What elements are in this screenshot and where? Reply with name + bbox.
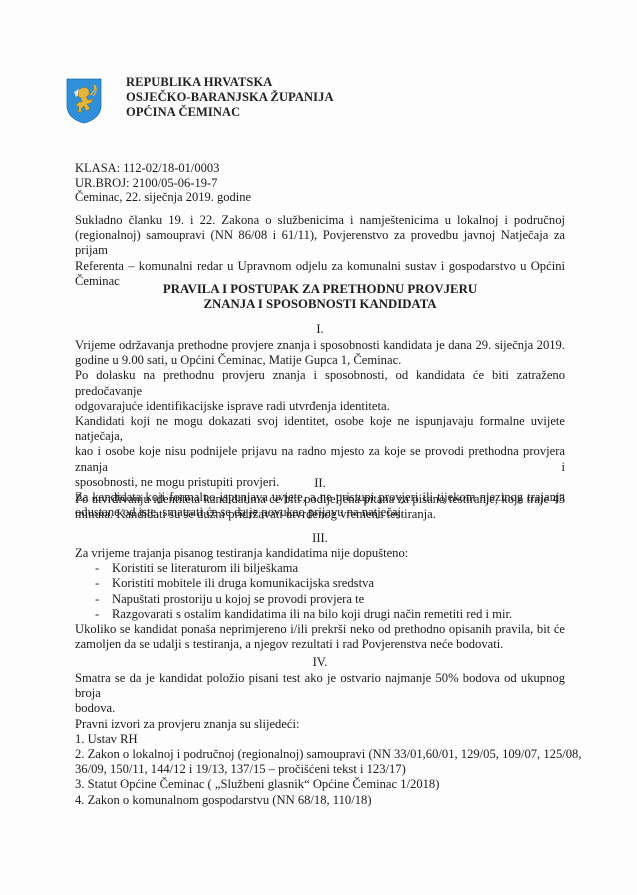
text-line: Pravni izvori za provjeru znanja su slij… [75,717,565,732]
bullet-dash-icon: - [95,607,99,622]
document-reference: KLASA: 112-02/18-01/0003 UR.BROJ: 2100/0… [75,161,251,205]
legal-source-item: 3. Statut Općine Čeminac ( „Službeni gla… [75,777,565,792]
coat-of-arms-icon [66,78,102,124]
section-4-body: Smatra se da je kandidat položio pisani … [75,671,565,808]
section-3-body: Za vrijeme trajanja pisanog testiranja k… [75,546,565,652]
list-item: -Razgovarati s ostalim kandidatima ili n… [75,607,565,622]
klasa: KLASA: 112-02/18-01/0003 [75,161,251,176]
section-numeral: II. [75,476,565,491]
issuer-county: OSJEČKO-BARANJSKA ŽUPANIJA [126,90,334,105]
text-line: zamoljen da se udalji s testiranja, a nj… [75,637,565,652]
legal-source-item: 2. Zakon o lokalnoj i područnoj (regiona… [75,747,565,762]
text-line: godine u 9.00 sati, u Općini Čeminac, Ma… [75,353,565,368]
document-page: REPUBLIKA HRVATSKA OSJEČKO-BARANJSKA ŽUP… [0,0,637,895]
text-line: odgovarajuće identifikacijske isprave ra… [75,399,565,414]
text-line: Kandidati koji ne mogu dokazati svoj ide… [75,414,565,444]
text-line: (regionalnoj) samoupravi (NN 86/08 i 61/… [75,228,565,258]
title-line: ZNANJA I SPOSOBNOSTI KANDIDATA [75,297,565,312]
text-line: Smatra se da je kandidat položio pisani … [75,671,565,701]
section-2-body: Po utvrđivanju identiteta kandidatima će… [75,492,565,522]
issuer-country: REPUBLIKA HRVATSKA [126,75,334,90]
section-numeral: IV. [75,655,565,670]
list-item: -Napuštati prostoriju u kojoj se provodi… [75,592,565,607]
title-line: PRAVILA I POSTUPAK ZA PRETHODNU PROVJERU [75,282,565,297]
document-title: PRAVILA I POSTUPAK ZA PRETHODNU PROVJERU… [75,282,565,312]
text-line: bodova. [75,701,565,716]
issuer-municipality: OPĆINA ČEMINAC [126,105,334,120]
legal-source-item: 1. Ustav RH [75,732,565,747]
bullet-dash-icon: - [95,561,99,576]
section-numeral: III. [75,531,565,546]
text-line: Referenta – komunalni redar u Upravnom o… [75,259,565,274]
text-line: Po utvrđivanju identiteta kandidatima će… [75,492,565,507]
intro-paragraph: Sukladno članku 19. i 22. Zakona o služb… [75,213,565,289]
place-date: Čeminac, 22. siječnja 2019. godine [75,190,251,205]
text-line: kao i osobe koje nisu podnijele prijavu … [75,444,565,474]
list-item: -Koristiti se literaturom ili bilješkama [75,561,565,576]
prohibited-list: -Koristiti se literaturom ili bilješkama… [75,561,565,622]
text-line: Ukoliko se kandidat ponaša neprimjereno … [75,622,565,637]
text-line: Sukladno članku 19. i 22. Zakona o služb… [75,213,565,228]
text-line: 36/09, 150/11, 144/12 i 19/13, 137/15 – … [75,762,565,777]
text-line: minuta. Kandidati su se dužni pridržavat… [75,507,565,522]
section-numeral: I. [75,322,565,337]
list-item: -Koristiti mobitele ili druga komunikaci… [75,576,565,591]
bullet-dash-icon: - [95,576,99,591]
bullet-dash-icon: - [95,592,99,607]
legal-source-item: 4. Zakon o komunalnom gospodarstvu (NN 6… [75,793,565,808]
urbroj: UR.BROJ: 2100/05-06-19-7 [75,176,251,191]
text-line: Po dolasku na prethodnu provjeru znanja … [75,368,565,398]
text-line: Vrijeme održavanja prethodne provjere zn… [75,338,565,353]
text-line: Za vrijeme trajanja pisanog testiranja k… [75,546,565,561]
issuer-header: REPUBLIKA HRVATSKA OSJEČKO-BARANJSKA ŽUP… [126,75,334,120]
